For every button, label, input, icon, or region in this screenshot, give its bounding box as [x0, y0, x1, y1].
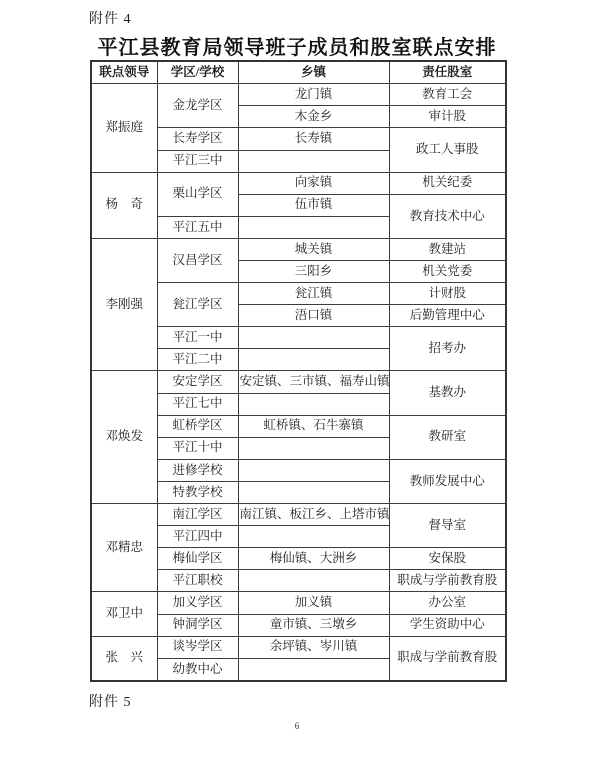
- page-number: 6: [0, 721, 594, 731]
- leader-cell: 杨 奇: [91, 172, 157, 238]
- department-cell: 机关党委: [389, 261, 506, 283]
- school-cell: 栗山学区: [157, 172, 238, 216]
- department-cell: 机关纪委: [389, 172, 506, 194]
- township-cell: [238, 393, 389, 415]
- header-row: 联点领导 学区/学校 乡镇 责任股室: [91, 61, 506, 84]
- leader-cell: 邓焕发: [91, 371, 157, 504]
- department-cell: 学生资助中心: [389, 614, 506, 636]
- department-cell: 后勤管理中心: [389, 305, 506, 327]
- township-cell: [238, 481, 389, 503]
- page-title: 平江县教育局领导班子成员和股室联点安排: [0, 31, 594, 60]
- department-cell: 办公室: [389, 592, 506, 614]
- township-cell: [238, 437, 389, 459]
- school-cell: 平江五中: [157, 216, 238, 238]
- school-cell: 平江三中: [157, 150, 238, 172]
- school-cell: 瓮江学区: [157, 283, 238, 327]
- township-cell: 龙门镇: [238, 84, 389, 106]
- school-cell: 平江十中: [157, 437, 238, 459]
- township-cell: 三阳乡: [238, 261, 389, 283]
- township-cell: [238, 658, 389, 681]
- school-cell: 特教学校: [157, 481, 238, 503]
- department-cell: 安保股: [389, 548, 506, 570]
- school-cell: 平江职校: [157, 570, 238, 592]
- department-cell: 计财股: [389, 283, 506, 305]
- township-cell: 南江镇、板江乡、上塔市镇: [238, 504, 389, 526]
- school-cell: 长寿学区: [157, 128, 238, 150]
- township-cell: 向家镇: [238, 172, 389, 194]
- township-cell: 伍市镇: [238, 194, 389, 216]
- school-cell: 幼教中心: [157, 658, 238, 681]
- document-page: 附件 4 平江县教育局领导班子成员和股室联点安排 联点领导 学区/学校 乡镇 责…: [0, 0, 594, 771]
- liaison-table: 联点领导 学区/学校 乡镇 责任股室 郑振庭 金龙学区 龙门镇 教育工会 木金乡…: [90, 60, 507, 682]
- township-cell: 梅仙镇、大洲乡: [238, 548, 389, 570]
- department-cell: 政工人事股: [389, 128, 506, 172]
- township-cell: 余坪镇、岑川镇: [238, 636, 389, 658]
- township-cell: 瓮江镇: [238, 283, 389, 305]
- department-cell: 教师发展中心: [389, 459, 506, 503]
- leader-cell: 郑振庭: [91, 84, 157, 172]
- school-cell: 汉昌学区: [157, 238, 238, 282]
- township-cell: 安定镇、三市镇、福寿山镇: [238, 371, 389, 393]
- department-cell: 教育工会: [389, 84, 506, 106]
- table-row: 邓焕发 安定学区 安定镇、三市镇、福寿山镇 基教办: [91, 371, 506, 393]
- attachment-label-bottom: 附件 5: [89, 691, 132, 711]
- column-header-school: 学区/学校: [157, 61, 238, 84]
- table-row: 邓卫中 加义学区 加义镇 办公室: [91, 592, 506, 614]
- column-header-township: 乡镇: [238, 61, 389, 84]
- leader-cell: 邓卫中: [91, 592, 157, 636]
- department-cell: 职成与学前教育股: [389, 570, 506, 592]
- department-cell: 教建站: [389, 238, 506, 260]
- school-cell: 金龙学区: [157, 84, 238, 128]
- township-cell: 城关镇: [238, 238, 389, 260]
- department-cell: 教育技术中心: [389, 194, 506, 238]
- department-cell: 督导室: [389, 504, 506, 548]
- school-cell: 梅仙学区: [157, 548, 238, 570]
- school-cell: 虹桥学区: [157, 415, 238, 437]
- township-cell: [238, 459, 389, 481]
- school-cell: 谈岑学区: [157, 636, 238, 658]
- table-row: 杨 奇 栗山学区 向家镇 机关纪委: [91, 172, 506, 194]
- school-cell: 平江一中: [157, 327, 238, 349]
- township-cell: [238, 526, 389, 548]
- department-cell: 审计股: [389, 106, 506, 128]
- leader-cell: 张 兴: [91, 636, 157, 681]
- township-cell: [238, 150, 389, 172]
- table-row: 邓精忠 南江学区 南江镇、板江乡、上塔市镇 督导室: [91, 504, 506, 526]
- attachment-label-top: 附件 4: [89, 8, 132, 28]
- township-cell: [238, 327, 389, 349]
- township-cell: 加义镇: [238, 592, 389, 614]
- school-cell: 平江二中: [157, 349, 238, 371]
- school-cell: 平江四中: [157, 526, 238, 548]
- school-cell: 平江七中: [157, 393, 238, 415]
- township-cell: 木金乡: [238, 106, 389, 128]
- table-row: 张 兴 谈岑学区 余坪镇、岑川镇 职成与学前教育股: [91, 636, 506, 658]
- department-cell: 基教办: [389, 371, 506, 415]
- school-cell: 钟洞学区: [157, 614, 238, 636]
- township-cell: [238, 349, 389, 371]
- school-cell: 安定学区: [157, 371, 238, 393]
- school-cell: 加义学区: [157, 592, 238, 614]
- column-header-department: 责任股室: [389, 61, 506, 84]
- leader-cell: 李刚强: [91, 238, 157, 371]
- township-cell: 虹桥镇、石牛寨镇: [238, 415, 389, 437]
- table-row: 李刚强 汉昌学区 城关镇 教建站: [91, 238, 506, 260]
- township-cell: [238, 216, 389, 238]
- township-cell: [238, 570, 389, 592]
- leader-cell: 邓精忠: [91, 504, 157, 592]
- department-cell: 职成与学前教育股: [389, 636, 506, 681]
- table-row: 郑振庭 金龙学区 龙门镇 教育工会: [91, 84, 506, 106]
- school-cell: 进修学校: [157, 459, 238, 481]
- department-cell: 教研室: [389, 415, 506, 459]
- column-header-leader: 联点领导: [91, 61, 157, 84]
- township-cell: 长寿镇: [238, 128, 389, 150]
- school-cell: 南江学区: [157, 504, 238, 526]
- department-cell: 招考办: [389, 327, 506, 371]
- township-cell: 童市镇、三墩乡: [238, 614, 389, 636]
- township-cell: 浯口镇: [238, 305, 389, 327]
